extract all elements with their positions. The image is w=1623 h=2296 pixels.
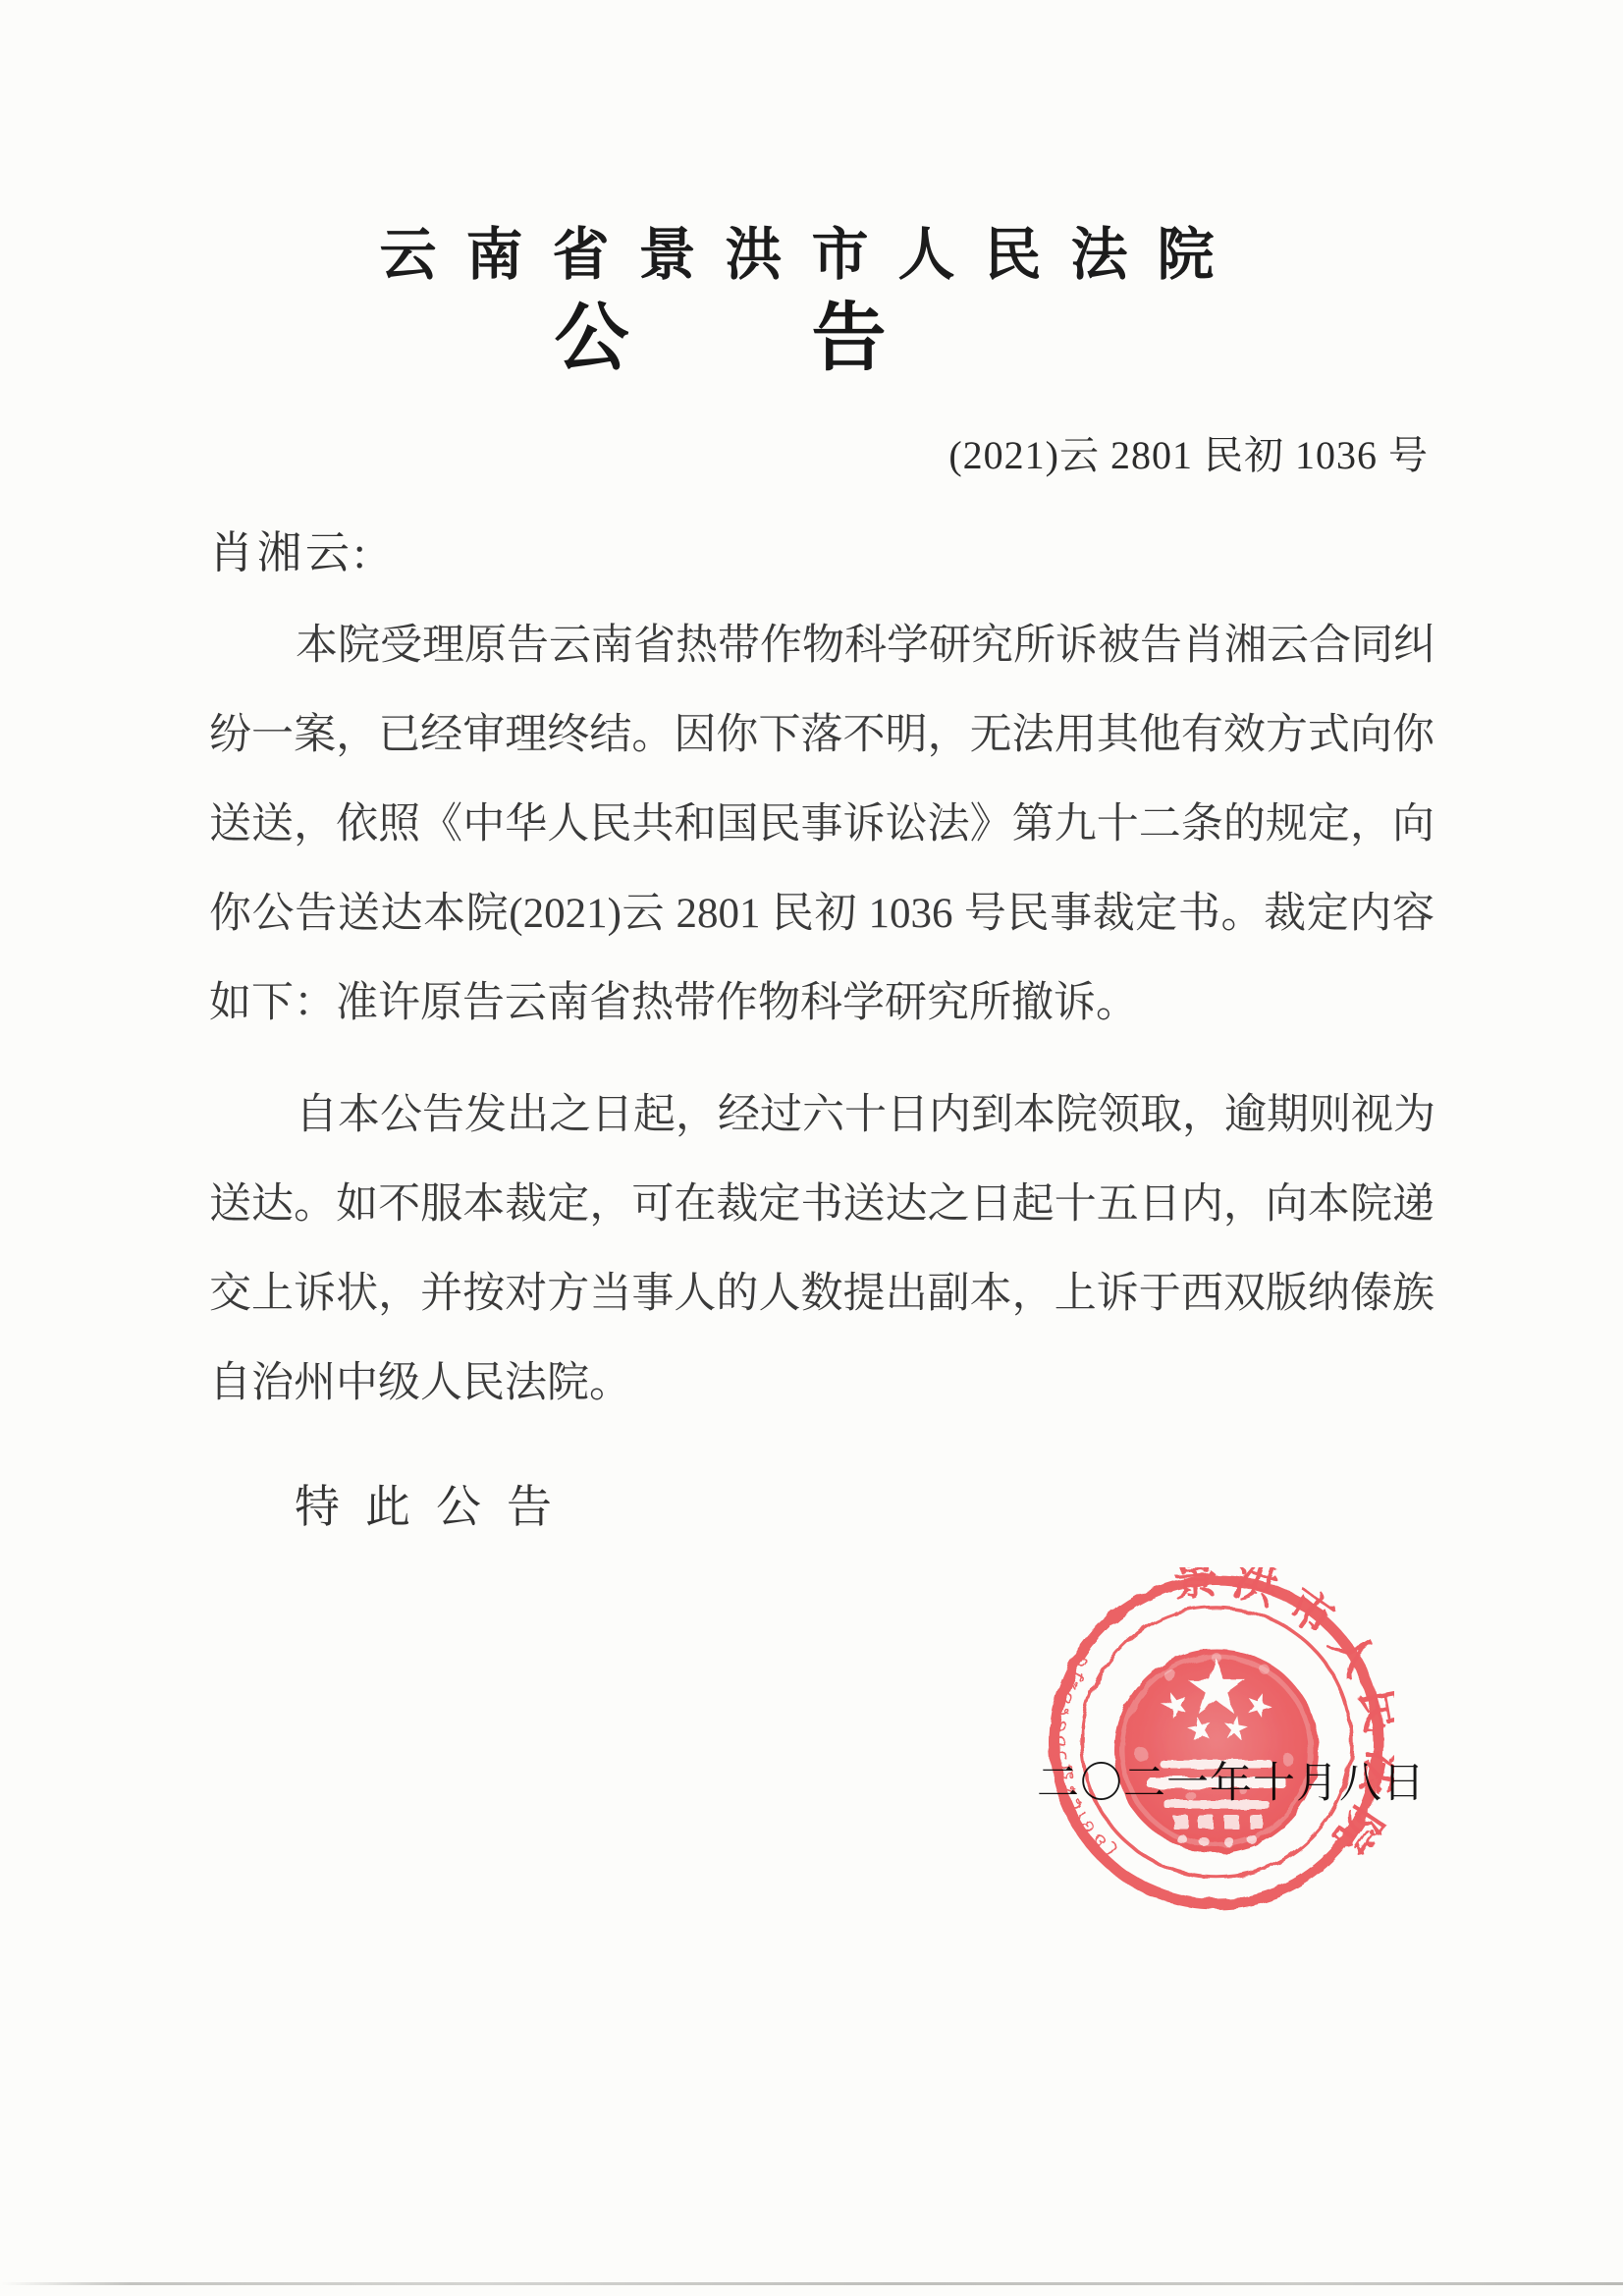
body-line: 自本公告发出之日起，经过六十日内到本院领取，逾期则视为 xyxy=(209,1070,1434,1160)
body-line: 如下：准许原告云南省热带作物科学研究所撤诉。 xyxy=(209,958,1434,1048)
case-number: (2021)云 2801 民初 1036 号 xyxy=(0,424,1623,480)
body-line: 你公告送达本院(2021)云 2801 民初 1036 号民事裁定书。裁定内容 xyxy=(209,869,1434,958)
body-line: 送达。如不服本裁定，可在裁定书送达之日起十五日内，向本院递 xyxy=(209,1160,1434,1249)
scan-artifact-line xyxy=(0,2282,1623,2285)
notice-title: 公告 xyxy=(0,278,1623,385)
issue-date: 二〇二一年十月八日 xyxy=(1037,1750,1426,1810)
notice-body: 本院受理原告云南省热带作物科学研究所诉被告肖湘云合同纠 纷一案，已经审理终结。因… xyxy=(209,601,1434,1428)
body-line: 交上诉状，并按对方当事人的人数提出副本，上诉于西双版纳傣族 xyxy=(209,1249,1434,1339)
closing-statement: 特此公告 xyxy=(295,1471,577,1536)
body-line: 纷一案，已经审理终结。因你下落不明，无法用其他有效方式向你 xyxy=(209,690,1434,780)
body-line: 自治州中级人民法院。 xyxy=(209,1339,1434,1428)
official-court-seal: 景洪市人民法院 ʗʚɞʕɕʑʓʆʖʋɞɕʚʑʆɞ xyxy=(1043,1567,1394,1919)
scanned-court-notice-page: 云南省景洪市人民法院 公告 (2021)云 2801 民初 1036 号 肖湘云… xyxy=(0,0,1623,2296)
body-line: 本院受理原告云南省热带作物科学研究所诉被告肖湘云合同纠 xyxy=(209,601,1434,690)
body-line: 送送，依照《中华人民共和国民事诉讼法》第九十二条的规定，向 xyxy=(209,780,1434,869)
addressee-salutation: 肖湘云: xyxy=(209,517,370,580)
